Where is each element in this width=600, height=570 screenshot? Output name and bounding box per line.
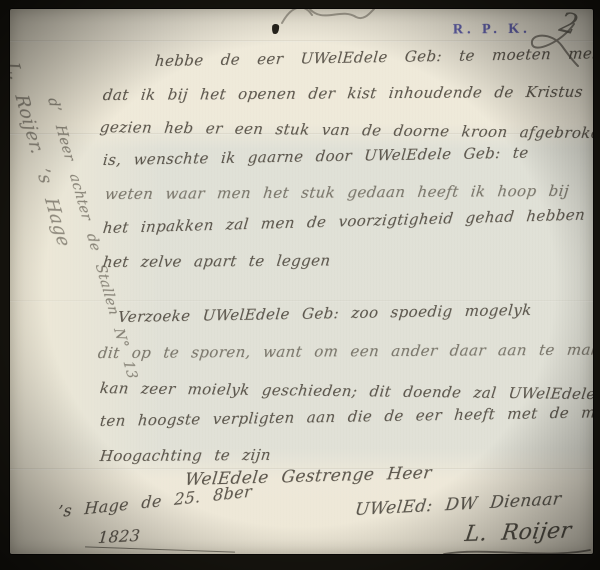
fold-crease (10, 40, 593, 42)
letter-line: Verzoeke UWelEdele Geb: zoo spoedig moge… (117, 301, 532, 326)
letter-line: het inpakken zal men de voorzigtigheid g… (102, 206, 586, 238)
dateline-place: ’s Hage de 25. 8ber (57, 481, 252, 521)
letter-line: gezien heb er een stuk van de doorne kro… (99, 118, 593, 142)
trimmed-text-flourish (278, 9, 378, 29)
letter-line: ten hoogste verpligten aan die de eer he… (99, 403, 593, 430)
letter-line: het zelve apart te leggen (102, 251, 332, 271)
date-underline (85, 546, 235, 552)
letter-line: Hoogachting te zijn (99, 446, 272, 465)
ink-blot (272, 24, 280, 34)
dateline-year: 1823 (97, 526, 141, 547)
letter-line: dit op te sporen, want om een ander daar… (97, 340, 593, 362)
letter-line: dat ik bij het openen der kist inhoudend… (102, 83, 584, 104)
letter-paper: R. P. K. 2 L. Roijer. ’s Hage d’ Heer ac… (10, 9, 593, 554)
letter-line: weten waar men het stuk gedaan heeft ik … (104, 182, 570, 203)
letter-line: kan zeer moielyk geschieden; dit doende … (99, 379, 593, 403)
rpk-collection-stamp: R. P. K. (453, 22, 531, 39)
signature-underline (440, 546, 593, 554)
scanned-letter-photo: { "stamp": { "text": "R. P. K.", "color"… (0, 0, 600, 570)
letter-line: is, wenschte ik gaarne door UWelEdele Ge… (102, 144, 529, 169)
signature-role: UWelEd: DW Dienaar (354, 489, 563, 520)
signature-name: L. Roijer (463, 518, 573, 547)
